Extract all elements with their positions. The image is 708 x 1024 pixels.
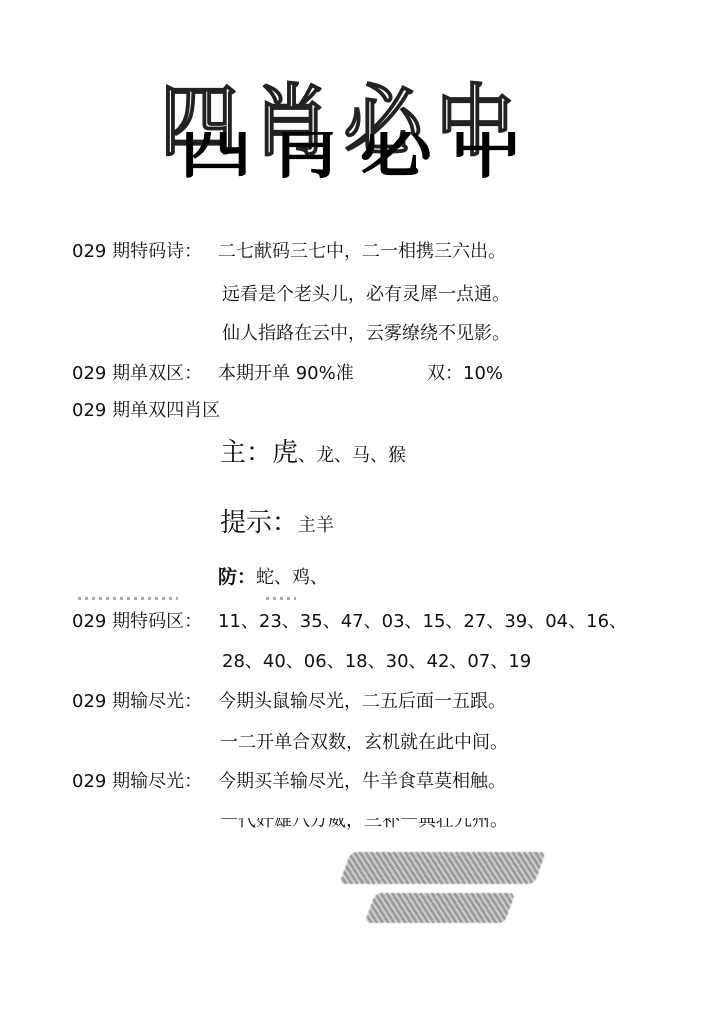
scan-artifact — [78, 597, 178, 600]
poem-label: 029 期特码诗： — [72, 241, 202, 263]
title-bold-text: 四肖必中 — [180, 132, 520, 184]
special-numbers-row-2: 28、40、06、18、30、42、07、19 — [222, 651, 531, 673]
watermark-row-1 — [339, 852, 546, 884]
main-zodiac-first: 虎 — [272, 438, 298, 468]
odd-even-label: 029 期单双区： — [72, 363, 202, 385]
special-numbers-label: 029 期特码区： — [72, 611, 202, 633]
poem-line-3: 仙人指路在云中，云雾缭绕不见影。 — [222, 323, 510, 345]
lose-all-2-line-2: 一代奸雄八万威，三补一典壮九州。 — [220, 818, 508, 832]
lose-all-1-label: 029 期输尽光： — [72, 691, 202, 713]
main-zodiac-rest: 、龙、马、猴 — [298, 445, 406, 466]
odd-even-even-text: 双：10% — [427, 363, 503, 385]
main-zodiac-row: 主：虎、龙、马、猴 — [220, 438, 406, 468]
hint-row: 提示：主羊 — [220, 508, 334, 538]
scan-artifact — [266, 597, 296, 600]
title-bold-clip: 四肖必中 — [180, 132, 520, 184]
hint-value: 主羊 — [298, 515, 334, 536]
poem-line-1: 二七献码三七中，二一相携三六出。 — [218, 241, 506, 263]
watermark-row-2 — [365, 893, 516, 923]
lose-all-1-line-1: 今期头鼠输尽光，二五后面一五跟。 — [218, 691, 506, 713]
guard-label: 防： — [218, 566, 256, 588]
lose-all-2-line-2-clip: 一代奸雄八万威，三补一典壮九州。 — [220, 818, 508, 832]
four-zodiac-label: 029 期单双四肖区 — [72, 400, 220, 422]
guard-value: 蛇、鸡、 — [256, 567, 328, 588]
special-numbers-row-1: 11、23、35、47、03、15、27、39、04、16、 — [218, 611, 627, 633]
poem-line-2: 远看是个老头儿，必有灵犀一点通。 — [222, 284, 510, 306]
lose-all-2-label: 029 期输尽光： — [72, 771, 202, 793]
hint-label: 提示： — [220, 508, 298, 538]
odd-even-odd-text: 本期开单 90%准 — [218, 363, 354, 385]
lose-all-2-line-1: 今期买羊输尽光，牛羊食草莫相触。 — [218, 771, 506, 793]
lose-all-1-line-2: 一二开单合双数，玄机就在此中间。 — [220, 732, 508, 754]
guard-row: 防：蛇、鸡、 — [218, 566, 328, 589]
main-zodiac-label: 主： — [220, 438, 272, 468]
document-page: 四肖必中 四肖必中 029 期特码诗： 二七献码三七中，二一相携三六出。 远看是… — [0, 0, 708, 1024]
